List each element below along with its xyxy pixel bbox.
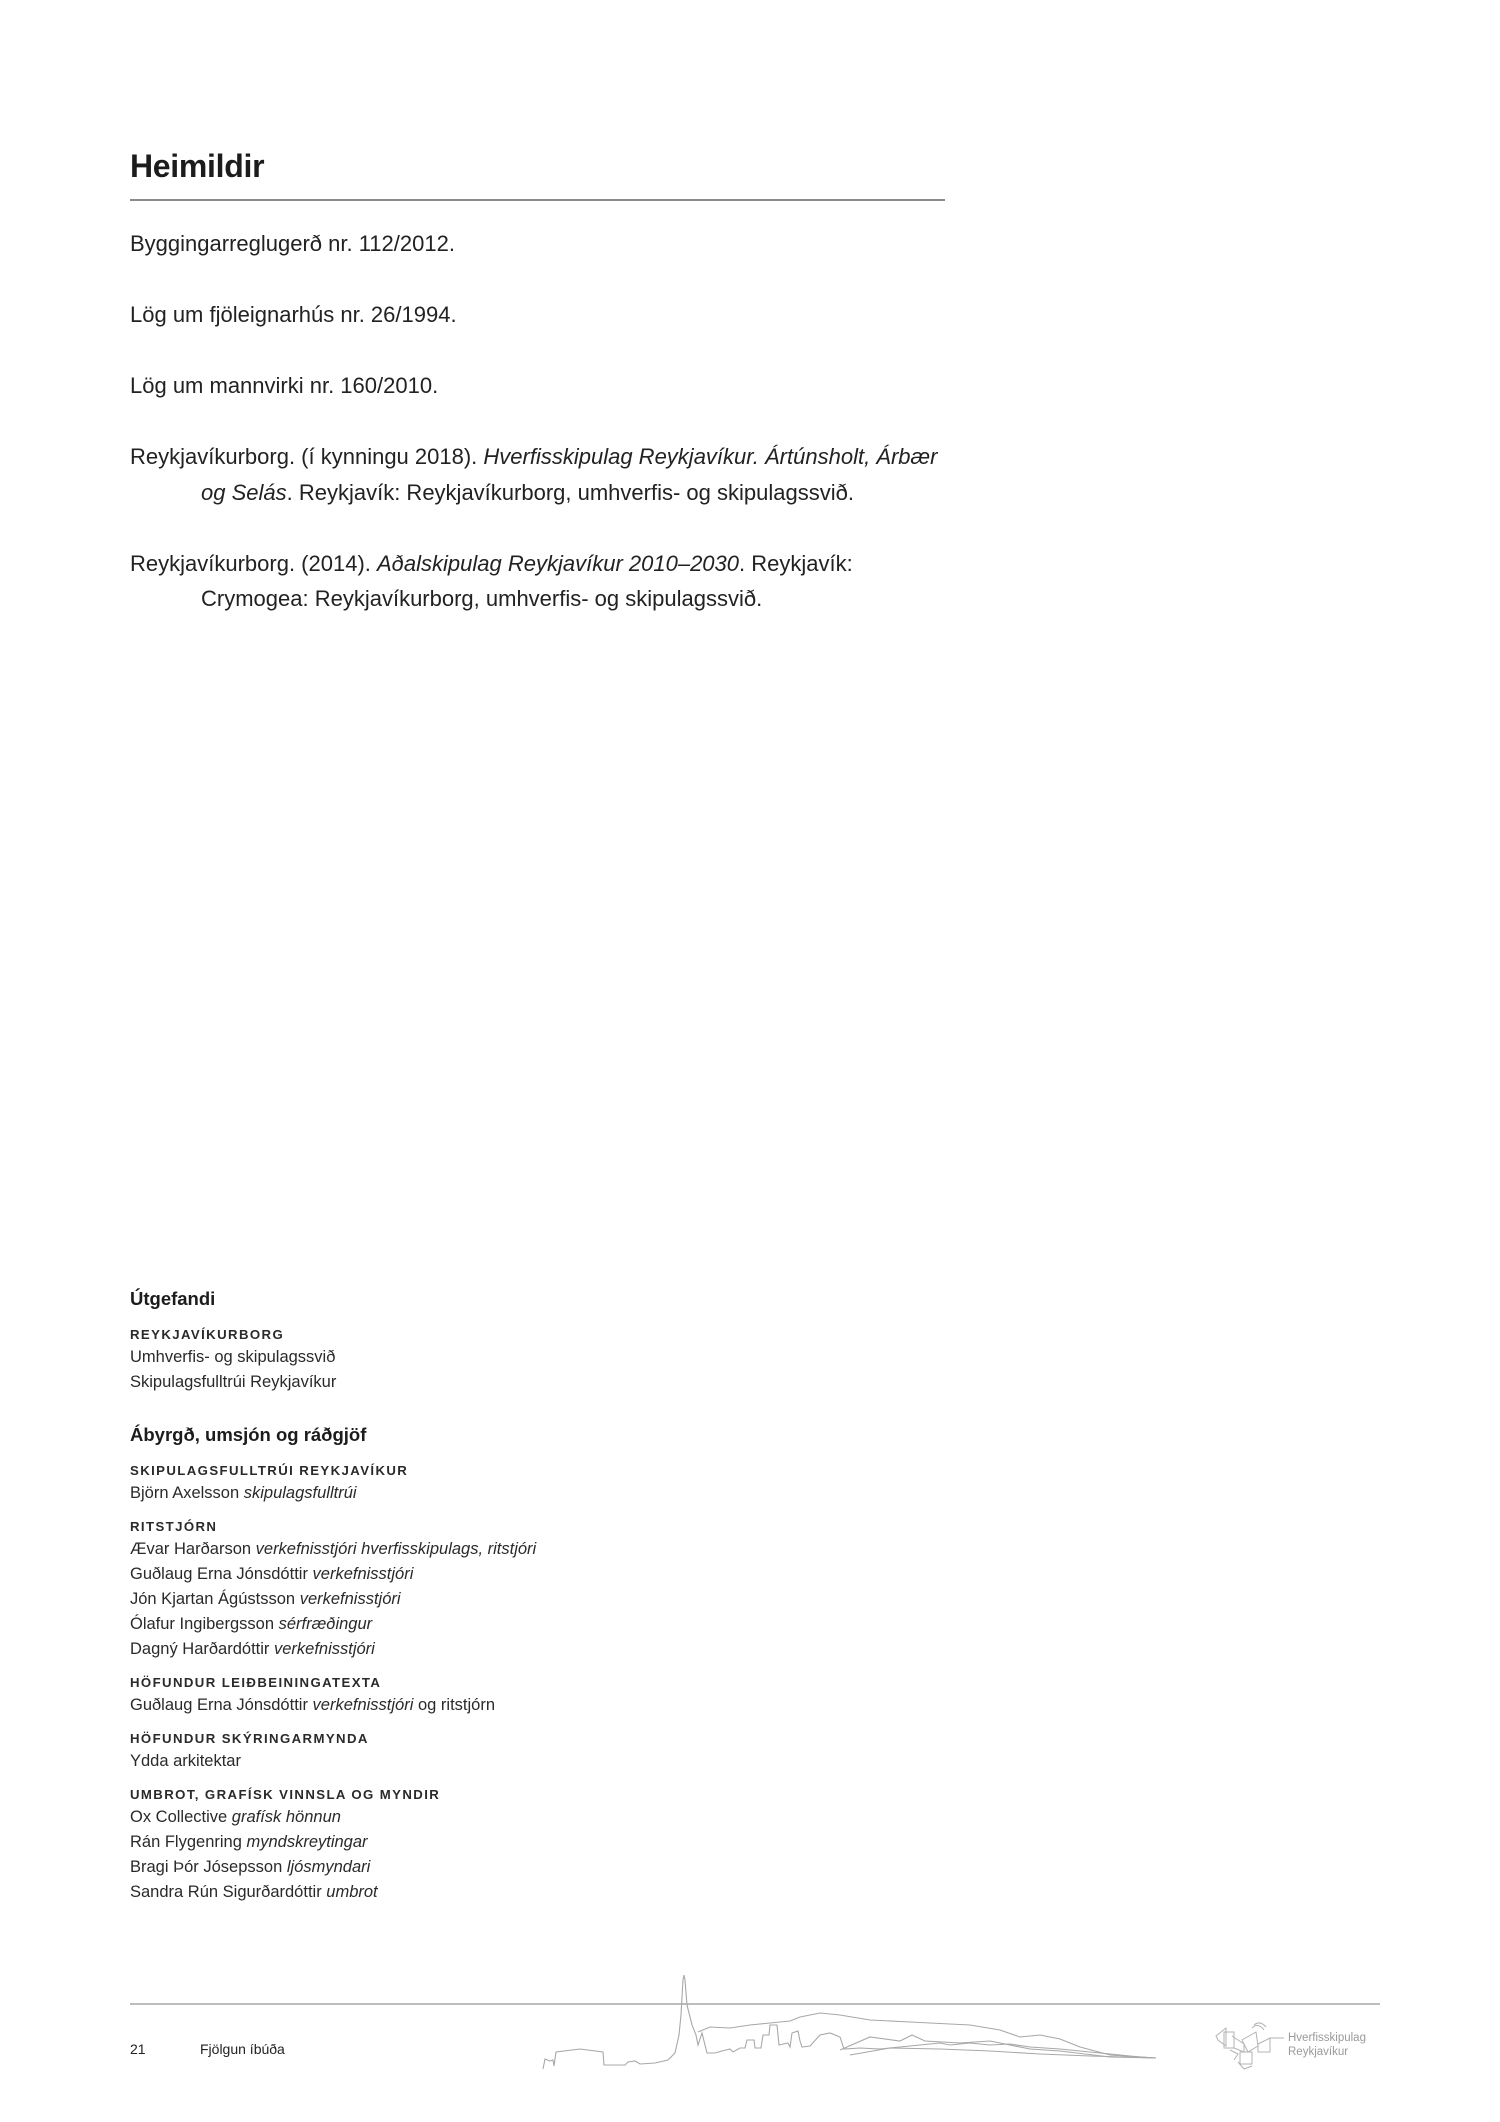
credit-person: Dagný Harðardóttir verkefnisstjóri: [130, 1637, 830, 1662]
text: Ævar Harðarson: [130, 1540, 256, 1558]
credit-role-label: HÖFUNDUR LEIÐBEININGATEXTA: [130, 1673, 830, 1693]
italic-text: verkefnisstjóri: [313, 1565, 414, 1583]
credit-person: Rán Flygenring myndskreytingar: [130, 1830, 830, 1855]
credit-person: Skipulagsfulltrúi Reykjavíkur: [130, 1370, 830, 1395]
italic-text: skipulagsfulltrúi: [244, 1484, 357, 1502]
credit-role-label: HÖFUNDUR SKÝRINGARMYNDA: [130, 1729, 830, 1749]
credit-person: Ox Collective grafísk hönnun: [130, 1805, 830, 1830]
credit-group: SKIPULAGSFULLTRÚI REYKJAVÍKURBjörn Axels…: [130, 1461, 830, 1506]
hverfisskipulag-logo-icon: [1212, 2022, 1284, 2070]
text: Ydda arkitektar: [130, 1752, 241, 1770]
text: Guðlaug Erna Jónsdóttir: [130, 1696, 313, 1714]
credit-person: Umhverfis- og skipulagssvið: [130, 1345, 830, 1370]
text: Rán Flygenring: [130, 1833, 246, 1851]
italic-text: myndskreytingar: [246, 1833, 367, 1851]
credit-group: HÖFUNDUR SKÝRINGARMYNDAYdda arkitektar: [130, 1729, 830, 1774]
credit-person: Ævar Harðarson verkefnisstjóri hverfissk…: [130, 1537, 830, 1562]
italic-text: verkefnisstjóri: [300, 1590, 401, 1608]
italic-text: umbrot: [326, 1883, 377, 1901]
heading-divider: [130, 199, 945, 201]
credit-person: Sandra Rún Sigurðardóttir umbrot: [130, 1880, 830, 1905]
italic-text: verkefnisstjóri hverfisskipulags, ritstj…: [256, 1540, 537, 1558]
reference-entry: Lög um mannvirki nr. 160/2010.: [130, 368, 950, 404]
credit-section-title: Útgefandi: [130, 1287, 830, 1311]
skyline-icon: [540, 1975, 1170, 2075]
credit-person: Ydda arkitektar: [130, 1749, 830, 1774]
logo-line-2: Reykjavíkur: [1288, 2045, 1366, 2059]
text: Jón Kjartan Ágústsson: [130, 1590, 300, 1608]
reference-list: Byggingarreglugerð nr. 112/2012.Lög um f…: [130, 226, 950, 652]
text: Reykjavíkurborg. (2014).: [130, 551, 377, 576]
text: . Reykjavík: Reykjavíkurborg, umhverfis-…: [287, 480, 854, 505]
credit-section: ÚtgefandiREYKJAVÍKURBORGUmhverfis- og sk…: [130, 1287, 830, 1395]
italic-text: verkefnisstjóri: [313, 1696, 414, 1714]
credits-block: ÚtgefandiREYKJAVÍKURBORGUmhverfis- og sk…: [130, 1287, 830, 1933]
reference-entry: Reykjavíkurborg. (í kynningu 2018). Hver…: [130, 439, 950, 510]
credit-group: REYKJAVÍKURBORGUmhverfis- og skipulagssv…: [130, 1325, 830, 1395]
italic-text: Aðalskipulag Reykjavíkur 2010–2030: [377, 551, 739, 576]
credit-section-title: Ábyrgð, umsjón og ráðgjöf: [130, 1423, 830, 1447]
logo-line-1: Hverfisskipulag: [1288, 2031, 1366, 2045]
credit-role-label: UMBROT, GRAFÍSK VINNSLA OG MYNDIR: [130, 1785, 830, 1805]
text: Bragi Þór Jósepsson: [130, 1858, 287, 1876]
italic-text: ljósmyndari: [287, 1858, 370, 1876]
text: Reykjavíkurborg. (í kynningu 2018).: [130, 444, 483, 469]
text: Ólafur Ingibergsson: [130, 1615, 279, 1633]
italic-text: grafísk hönnun: [232, 1808, 341, 1826]
credit-role-label: RITSTJÓRN: [130, 1517, 830, 1537]
credit-role-label: SKIPULAGSFULLTRÚI REYKJAVÍKUR: [130, 1461, 830, 1481]
text: Dagný Harðardóttir: [130, 1640, 274, 1658]
credit-person: Björn Axelsson skipulagsfulltrúi: [130, 1481, 830, 1506]
text: Björn Axelsson: [130, 1484, 244, 1502]
page-heading: Heimildir: [130, 148, 264, 185]
reference-entry: Reykjavíkurborg. (2014). Aðalskipulag Re…: [130, 546, 950, 617]
text: Skipulagsfulltrúi Reykjavíkur: [130, 1373, 336, 1391]
text: Lög um fjöleignarhús nr. 26/1994.: [130, 302, 457, 327]
page-number: 21: [130, 2041, 146, 2057]
text: og ritstjórn: [413, 1696, 495, 1714]
footer-section-title: Fjölgun íbúða: [200, 2041, 285, 2057]
reference-entry: Lög um fjöleignarhús nr. 26/1994.: [130, 297, 950, 333]
credit-person: Guðlaug Erna Jónsdóttir verkefnisstjóri …: [130, 1693, 830, 1718]
text: Lög um mannvirki nr. 160/2010.: [130, 373, 438, 398]
credit-group: UMBROT, GRAFÍSK VINNSLA OG MYNDIROx Coll…: [130, 1785, 830, 1905]
credit-person: Ólafur Ingibergsson sérfræðingur: [130, 1612, 830, 1637]
text: Sandra Rún Sigurðardóttir: [130, 1883, 326, 1901]
credit-role-label: REYKJAVÍKURBORG: [130, 1325, 830, 1345]
credit-section: Ábyrgð, umsjón og ráðgjöfSKIPULAGSFULLTR…: [130, 1423, 830, 1905]
credit-person: Jón Kjartan Ágústsson verkefnisstjóri: [130, 1587, 830, 1612]
credit-person: Guðlaug Erna Jónsdóttir verkefnisstjóri: [130, 1562, 830, 1587]
credit-group: HÖFUNDUR LEIÐBEININGATEXTAGuðlaug Erna J…: [130, 1673, 830, 1718]
italic-text: sérfræðingur: [279, 1615, 373, 1633]
reference-entry: Byggingarreglugerð nr. 112/2012.: [130, 226, 950, 262]
text: Ox Collective: [130, 1808, 232, 1826]
italic-text: verkefnisstjóri: [274, 1640, 375, 1658]
text: Guðlaug Erna Jónsdóttir: [130, 1565, 313, 1583]
credit-person: Bragi Þór Jósepsson ljósmyndari: [130, 1855, 830, 1880]
logo-text: Hverfisskipulag Reykjavíkur: [1288, 2031, 1366, 2059]
credit-group: RITSTJÓRNÆvar Harðarson verkefnisstjóri …: [130, 1517, 830, 1662]
text: Umhverfis- og skipulagssvið: [130, 1348, 335, 1366]
text: Byggingarreglugerð nr. 112/2012.: [130, 231, 455, 256]
hverfisskipulag-logo: Hverfisskipulag Reykjavíkur: [1212, 2022, 1382, 2070]
